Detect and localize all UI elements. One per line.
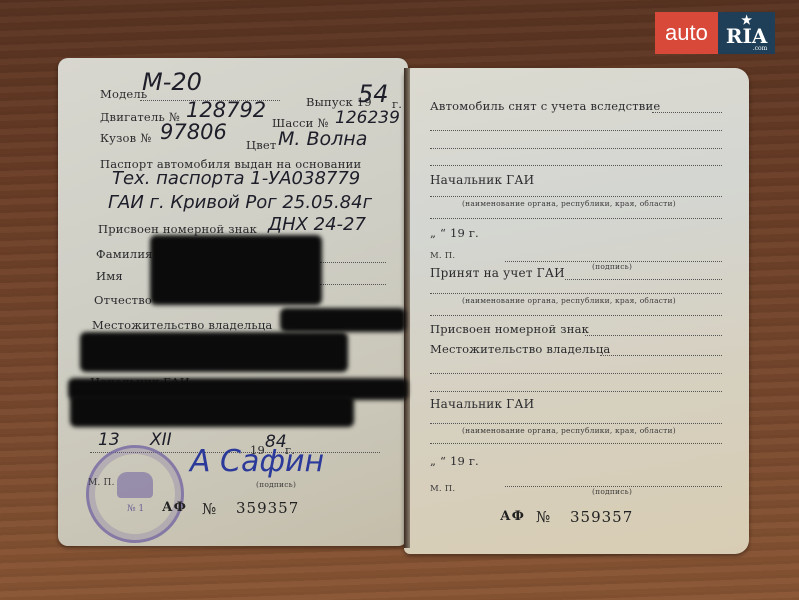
dotted-line	[585, 335, 722, 336]
dotted-line	[430, 373, 722, 374]
org-hint-2: (наименование органа, республики, края, …	[462, 296, 676, 305]
plate-label: Присвоен номерной знак	[98, 222, 257, 236]
dotted-line	[430, 130, 722, 131]
booklet-spine	[404, 68, 410, 548]
chassis-value: 126239	[335, 108, 400, 128]
watermark-auto: auto	[655, 12, 718, 54]
dotted-line	[600, 355, 722, 356]
redaction-address	[80, 332, 348, 372]
body-value: 97806	[160, 120, 227, 144]
chief-label-1: Начальник ГАИ	[430, 173, 534, 187]
dotted-line	[652, 112, 722, 113]
signature: А Сафин	[190, 444, 324, 479]
org-hint-3: (наименование органа, республики, края, …	[462, 426, 676, 435]
mp-label-2: М. П.	[430, 484, 455, 494]
dotted-line	[430, 423, 722, 424]
year-value: 54	[358, 80, 389, 108]
surname-label: Фамилия	[96, 247, 153, 261]
autoria-watermark: auto ★ RIA .com	[655, 12, 775, 54]
redaction-owner-name	[150, 235, 322, 305]
dotted-line	[430, 196, 722, 197]
model-value: М-20	[142, 68, 202, 96]
color-value: М. Волна	[278, 128, 367, 150]
residence-label: Местожительство владельца	[92, 318, 272, 332]
date-line-2: „ “ 19 г.	[430, 454, 479, 468]
dotted-line	[430, 293, 722, 294]
dotted-line	[565, 279, 722, 280]
model-label: Модель	[100, 87, 147, 101]
redaction-chief-name	[70, 395, 354, 427]
date-month: XII	[150, 430, 172, 450]
right-page	[404, 68, 749, 554]
body-label: Кузов №	[100, 131, 151, 145]
right-residence-label: Местожительство владельца	[430, 342, 610, 356]
right-document-number: 359357	[570, 508, 633, 526]
org-hint-1: (наименование органа, республики, края, …	[462, 199, 676, 208]
patronymic-label: Отчество	[94, 293, 152, 307]
right-number-sign: №	[536, 508, 551, 526]
dotted-line	[430, 443, 722, 444]
mp-label: М. П.	[88, 478, 115, 488]
name-label: Имя	[96, 269, 123, 283]
chief-label-2: Начальник ГАИ	[430, 397, 534, 411]
deregistered-label: Автомобиль снят с учета вследствие	[430, 99, 660, 113]
official-stamp: № 1	[86, 445, 184, 543]
watermark-ria: ★ RIA .com	[718, 12, 776, 54]
mp-label-1: М. П.	[430, 251, 455, 261]
number-sign: №	[202, 500, 217, 518]
plate-value: ДНХ 24-27	[268, 214, 366, 235]
dotted-line	[320, 284, 386, 285]
signature-hint: (подпись)	[256, 480, 296, 489]
signature-hint-2: (подпись)	[592, 487, 632, 496]
color-label: Цвет	[246, 138, 276, 152]
redaction-residence	[280, 308, 406, 332]
right-plate-label: Присвоен номерной знак	[430, 322, 589, 336]
dotted-line	[430, 391, 722, 392]
signature-hint-1: (подпись)	[592, 262, 632, 271]
dotted-line	[430, 148, 722, 149]
registered-label: Принят на учет ГАИ	[430, 266, 565, 280]
engine-value: 128792	[186, 98, 266, 122]
car-emblem-icon	[117, 472, 153, 498]
dotted-line	[430, 165, 722, 166]
issued-line-1: Тех. паспорта 1-УА038779	[112, 168, 360, 189]
issued-line-2: ГАИ г. Кривой Рог 25.05.84г	[108, 192, 372, 213]
date-line-1: „ “ 19 г.	[430, 226, 479, 240]
dotted-line	[430, 315, 722, 316]
dotted-line	[320, 262, 386, 263]
dotted-line	[430, 218, 722, 219]
document-number: 359357	[236, 499, 299, 517]
right-series: АФ	[500, 509, 525, 524]
date-day: 13	[98, 430, 120, 450]
series: АФ	[162, 500, 187, 515]
